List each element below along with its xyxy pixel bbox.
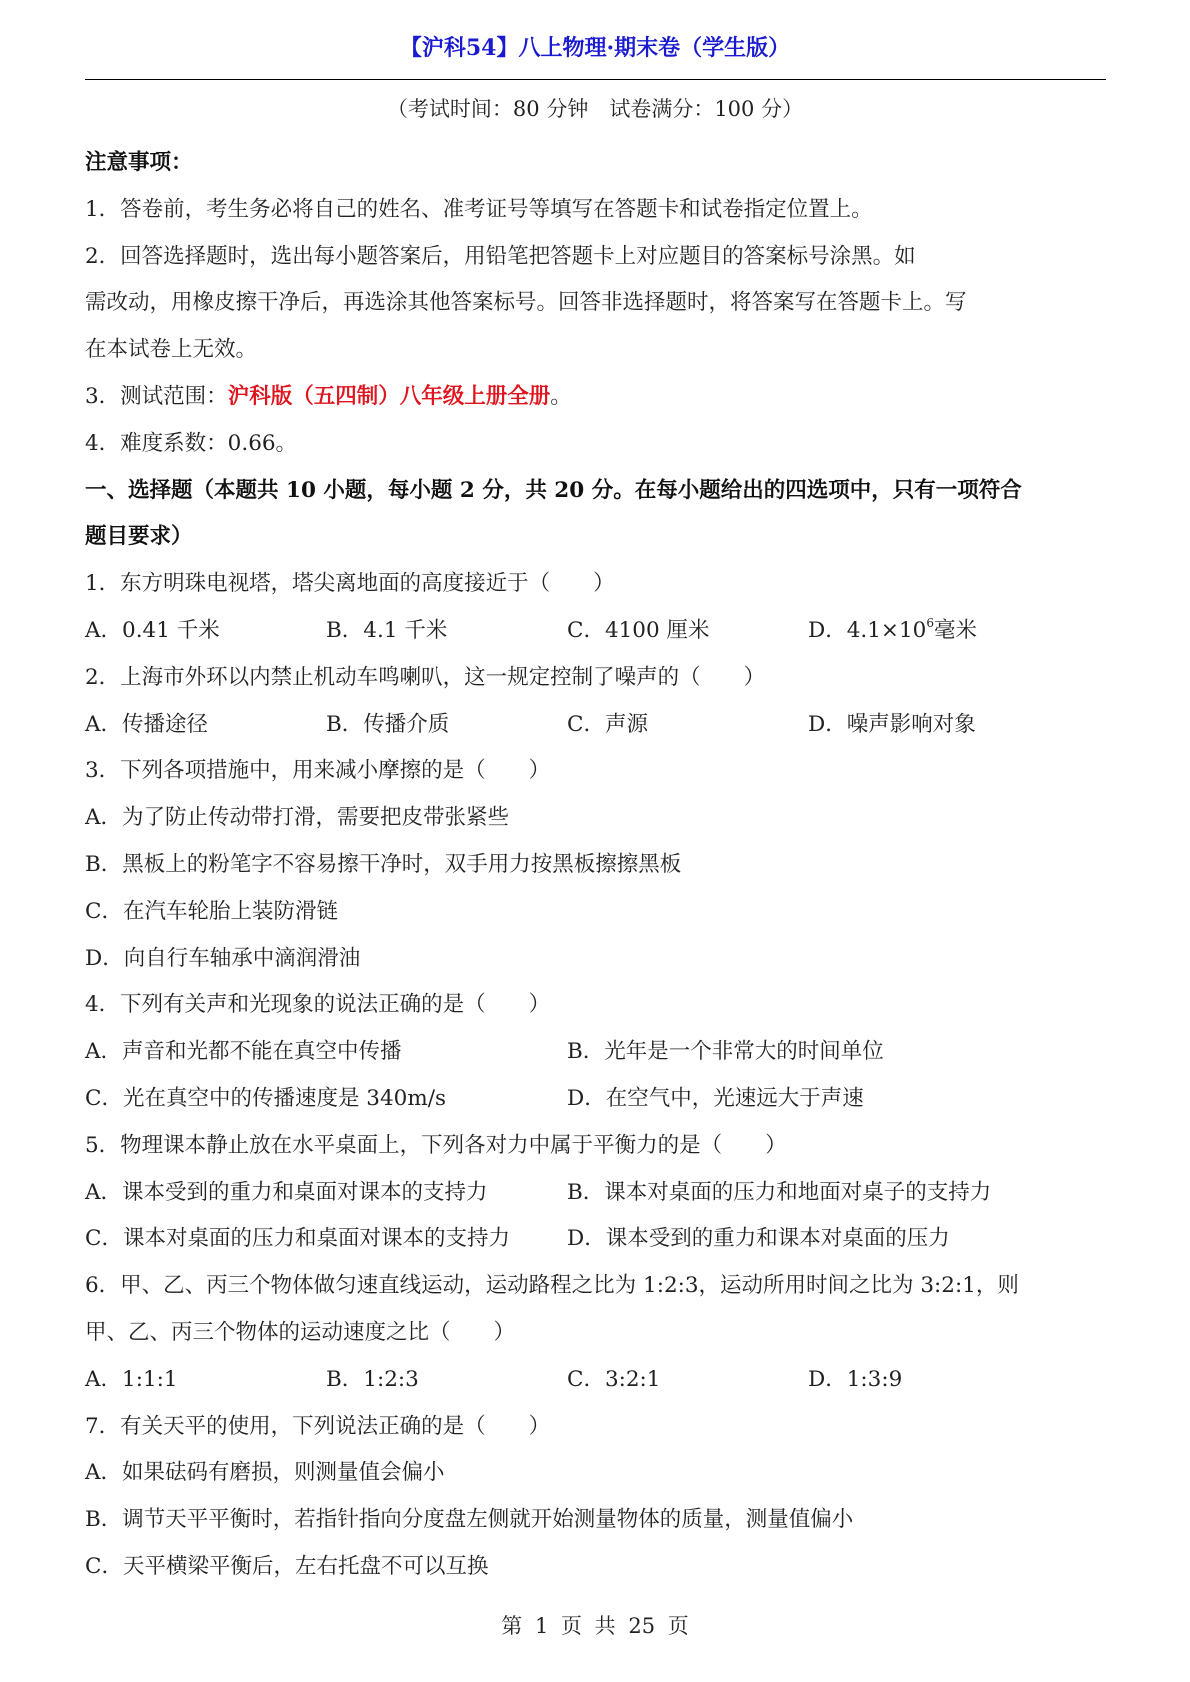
note-2-line-2: 需改动，用橡皮擦干净后，再选涂其他答案标号。回答非选择题时，将答案写在答题卡上。… [85,280,1110,327]
option-d-post: 毫米 [934,618,977,643]
page-title: 【沪科54】八上物理·期末卷（学生版） [0,33,1190,63]
note-4: 4．难度系数：0.66。 [85,421,1110,468]
question-6-options: A．1:1:1 B．1:2:3 C．3:2:1 D．1:3:9 [85,1357,1110,1404]
question-7-stem: 7．有关天平的使用，下列说法正确的是（ ） [85,1404,1110,1451]
question-5-options-row-2: C．课本对桌面的压力和桌面对课本的支持力 D．课本受到的重力和课本对桌面的压力 [85,1216,1110,1263]
option-c: C．声源 [567,702,808,749]
option-b: B．4.1 千米 [326,608,567,655]
option-d: D．在空气中，光速远大于声速 [567,1076,1049,1123]
question-5-options-row-1: A．课本受到的重力和桌面对课本的支持力 B．课本对桌面的压力和地面对桌子的支持力 [85,1170,1110,1217]
option-b: B．黑板上的粉笔字不容易擦干净时，双手用力按黑板擦擦黑板 [85,842,1110,889]
option-c: C．在汽车轮胎上装防滑链 [85,889,1110,936]
option-b: B．调节天平平衡时，若指针指向分度盘左侧就开始测量物体的质量，测量值偏小 [85,1497,1110,1544]
option-d: D．4.1×106毫米 [808,608,1049,655]
option-b: B．课本对桌面的压力和地面对桌子的支持力 [567,1170,1049,1217]
exam-info: （考试时间：80 分钟 试卷满分：100 分） [0,94,1190,124]
question-6-stem-line-1: 6．甲、乙、丙三个物体做匀速直线运动，运动路程之比为 1:2:3，运动所用时间之… [85,1263,1110,1310]
question-5-stem: 5．物理课本静止放在水平桌面上，下列各对力中属于平衡力的是（ ） [85,1123,1110,1170]
header-divider [85,79,1106,80]
note-3: 3．测试范围：沪科版（五四制）八年级上册全册。 [85,374,1110,421]
option-b: B．光年是一个非常大的时间单位 [567,1029,1049,1076]
note-3-prefix: 3．测试范围： [85,384,228,409]
option-c: C．光在真空中的传播速度是 340m/s [85,1076,567,1123]
question-1-stem: 1．东方明珠电视塔，塔尖离地面的高度接近于（ ） [85,561,1110,608]
note-2-line-3: 在本试卷上无效。 [85,327,1110,374]
page-number: 第 1 页 共 25 页 [0,1610,1190,1640]
notes-heading: 注意事项： [85,140,1110,187]
option-a: A．如果砝码有磨损，则测量值会偏小 [85,1450,1110,1497]
question-3-stem: 3．下列各项措施中，用来减小摩擦的是（ ） [85,748,1110,795]
option-d-pre: D．4.1×10 [808,618,926,643]
question-2-options: A．传播途径 B．传播介质 C．声源 D．噪声影响对象 [85,702,1110,749]
note-1: 1．答卷前，考生务必将自己的姓名、准考证号等填写在答题卡和试卷指定位置上。 [85,187,1110,234]
option-c: C．课本对桌面的压力和桌面对课本的支持力 [85,1216,567,1263]
title-text: 【沪科54】八上物理·期末卷（学生版） [400,35,790,61]
option-a: A．声音和光都不能在真空中传播 [85,1029,567,1076]
option-d: D．向自行车轴承中滴润滑油 [85,936,1110,983]
exam-page: 【沪科54】八上物理·期末卷（学生版） （考试时间：80 分钟 试卷满分：100… [0,0,1190,1682]
option-d-exponent: 6 [926,616,934,630]
question-4-options-row-1: A．声音和光都不能在真空中传播 B．光年是一个非常大的时间单位 [85,1029,1110,1076]
option-d: D．噪声影响对象 [808,702,1049,749]
note-3-suffix: 。 [550,384,572,409]
option-c: C．3:2:1 [567,1357,808,1404]
option-a: A．课本受到的重力和桌面对课本的支持力 [85,1170,567,1217]
option-a: A．1:1:1 [85,1357,326,1404]
option-b: B．1:2:3 [326,1357,567,1404]
note-2-line-1: 2．回答选择题时，选出每小题答案后，用铅笔把答题卡上对应题目的答案标号涂黑。如 [85,234,1110,281]
option-d: D．1:3:9 [808,1357,1049,1404]
section-heading-line-1: 一、选择题（本题共 10 小题，每小题 2 分，共 20 分。在每小题给出的四选… [85,468,1110,515]
option-b: B．传播介质 [326,702,567,749]
question-6-stem-line-2: 甲、乙、丙三个物体的运动速度之比（ ） [85,1310,1110,1357]
section-heading-line-2: 题目要求） [85,514,1110,561]
content-body: 注意事项： 1．答卷前，考生务必将自己的姓名、准考证号等填写在答题卡和试卷指定位… [85,140,1110,1591]
question-1-options: A．0.41 千米 B．4.1 千米 C．4100 厘米 D．4.1×106毫米 [85,608,1110,655]
question-4-stem: 4．下列有关声和光现象的说法正确的是（ ） [85,982,1110,1029]
question-2-stem: 2．上海市外环以内禁止机动车鸣喇叭，这一规定控制了噪声的（ ） [85,655,1110,702]
option-c: C．天平横梁平衡后，左右托盘不可以互换 [85,1544,1110,1591]
option-a: A．传播途径 [85,702,326,749]
test-scope-highlight: 沪科版（五四制）八年级上册全册 [228,384,551,409]
option-c: C．4100 厘米 [567,608,808,655]
option-a: A．0.41 千米 [85,608,326,655]
option-d: D．课本受到的重力和课本对桌面的压力 [567,1216,1049,1263]
question-4-options-row-2: C．光在真空中的传播速度是 340m/s D．在空气中，光速远大于声速 [85,1076,1110,1123]
option-a: A．为了防止传动带打滑，需要把皮带张紧些 [85,795,1110,842]
